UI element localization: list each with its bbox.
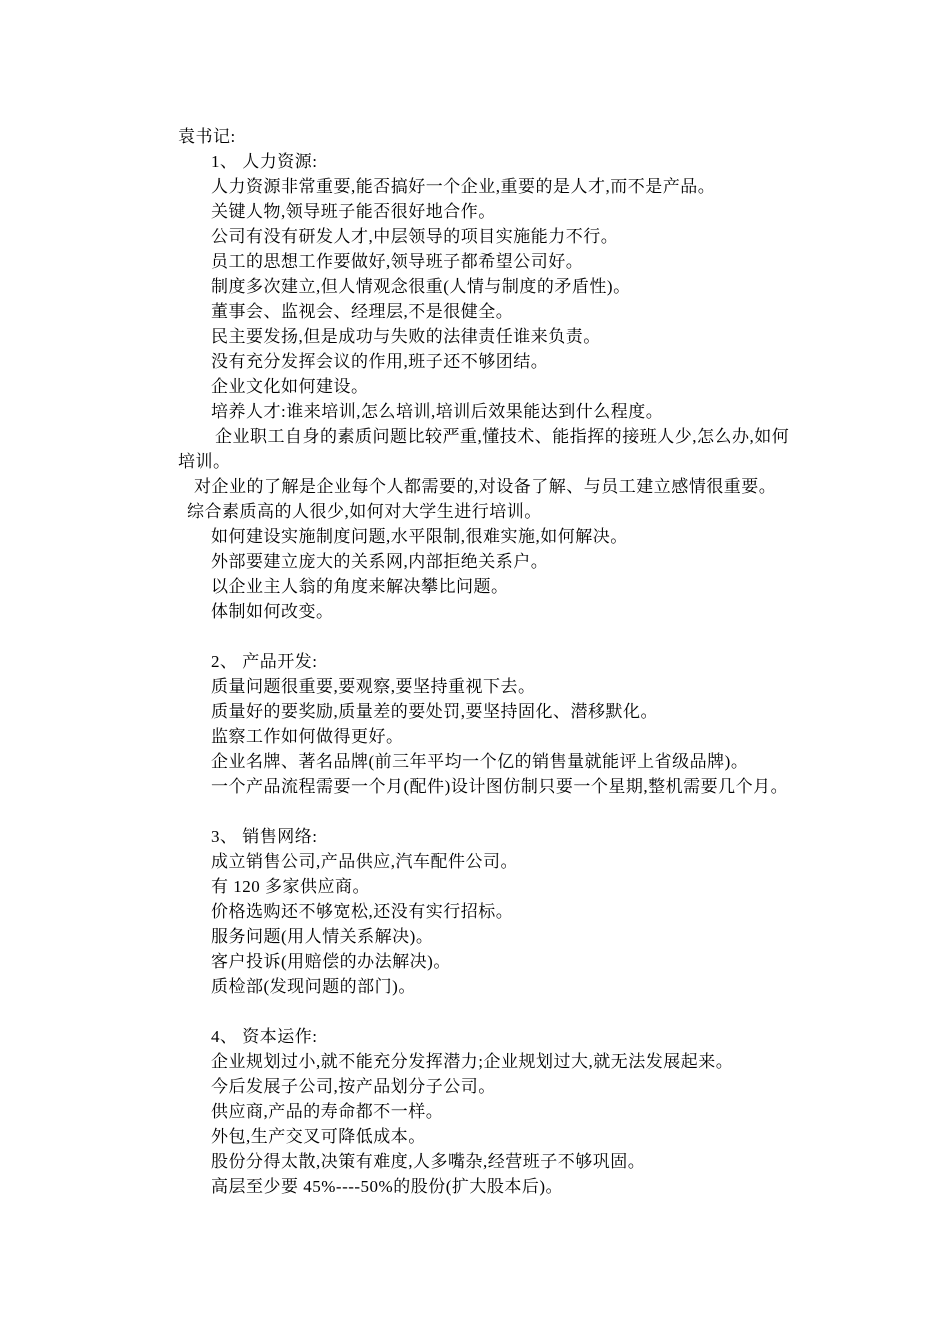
document-page: 袁书记:1、 人力资源:人力资源非常重要,能否搞好一个企业,重要的是人才,而不是… [0,0,950,1344]
text-line: 董事会、监视会、经理层,不是很健全。 [178,299,858,324]
text-line: 人力资源非常重要,能否搞好一个企业,重要的是人才,而不是产品。 [178,174,858,199]
blank-line [178,799,858,824]
text-line: 没有充分发挥会议的作用,班子还不够团结。 [178,349,858,374]
text-line: 股份分得太散,决策有难度,人多嘴杂,经营班子不够巩固。 [178,1149,858,1174]
text-line: 制度多次建立,但人情观念很重(人情与制度的矛盾性)。 [178,274,858,299]
section-heading: 3、 销售网络: [178,824,858,849]
text-line: 外包,生产交叉可降低成本。 [178,1124,858,1149]
text-line: 公司有没有研发人才,中层领导的项目实施能力不行。 [178,224,858,249]
doc-salutation: 袁书记: [178,124,858,149]
text-line: 企业名牌、著名品牌(前三年平均一个亿的销售量就能评上省级品牌)。 [178,749,858,774]
text-line: 员工的思想工作要做好,领导班子都希望公司好。 [178,249,858,274]
section-heading: 4、 资本运作: [178,1024,858,1049]
document-content: 袁书记:1、 人力资源:人力资源非常重要,能否搞好一个企业,重要的是人才,而不是… [178,124,858,1199]
text-line: 体制如何改变。 [178,599,858,624]
text-line: 关键人物,领导班子能否很好地合作。 [178,199,858,224]
text-line: 质量问题很重要,要观察,要坚持重视下去。 [178,674,858,699]
text-line: 企业规划过小,就不能充分发挥潜力;企业规划过大,就无法发展起来。 [178,1049,858,1074]
text-line: 客户投诉(用赔偿的办法解决)。 [178,949,858,974]
blank-line [178,999,858,1024]
text-line: 综合素质高的人很少,如何对大学生进行培训。 [178,499,858,524]
blank-line [178,624,858,649]
text-line: 民主要发扬,但是成功与失败的法律责任谁来负责。 [178,324,858,349]
text-line: 质量好的要奖励,质量差的要处罚,要坚持固化、潜移默化。 [178,699,858,724]
text-line: 高层至少要 45%----50%的股份(扩大股本后)。 [178,1174,858,1199]
section-heading: 2、 产品开发: [178,649,858,674]
text-line: 以企业主人翁的角度来解决攀比问题。 [178,574,858,599]
text-line: 有 120 多家供应商。 [178,874,858,899]
text-line: 培养人才:谁来培训,怎么培训,培训后效果能达到什么程度。 [178,399,858,424]
text-line: 质检部(发现问题的部门)。 [178,974,858,999]
text-line: 一个产品流程需要一个月(配件)设计图仿制只要一个星期,整机需要几个月。 [178,774,858,799]
text-line: 对企业的了解是企业每个人都需要的,对设备了解、与员工建立感情很重要。 [178,474,858,499]
text-line: 供应商,产品的寿命都不一样。 [178,1099,858,1124]
text-line: 外部要建立庞大的关系网,内部拒绝关系户。 [178,549,858,574]
text-line: 如何建设实施制度问题,水平限制,很难实施,如何解决。 [178,524,858,549]
text-line: 企业文化如何建设。 [178,374,858,399]
text-line: 企业职工自身的素质问题比较严重,懂技术、能指挥的接班人少,怎么办,如何 [178,424,858,449]
text-line: 今后发展子公司,按产品划分子公司。 [178,1074,858,1099]
text-line: 监察工作如何做得更好。 [178,724,858,749]
section-heading: 1、 人力资源: [178,149,858,174]
text-line: 服务问题(用人情关系解决)。 [178,924,858,949]
text-line: 成立销售公司,产品供应,汽车配件公司。 [178,849,858,874]
text-line: 价格选购还不够宽松,还没有实行招标。 [178,899,858,924]
text-line: 培训。 [178,449,858,474]
